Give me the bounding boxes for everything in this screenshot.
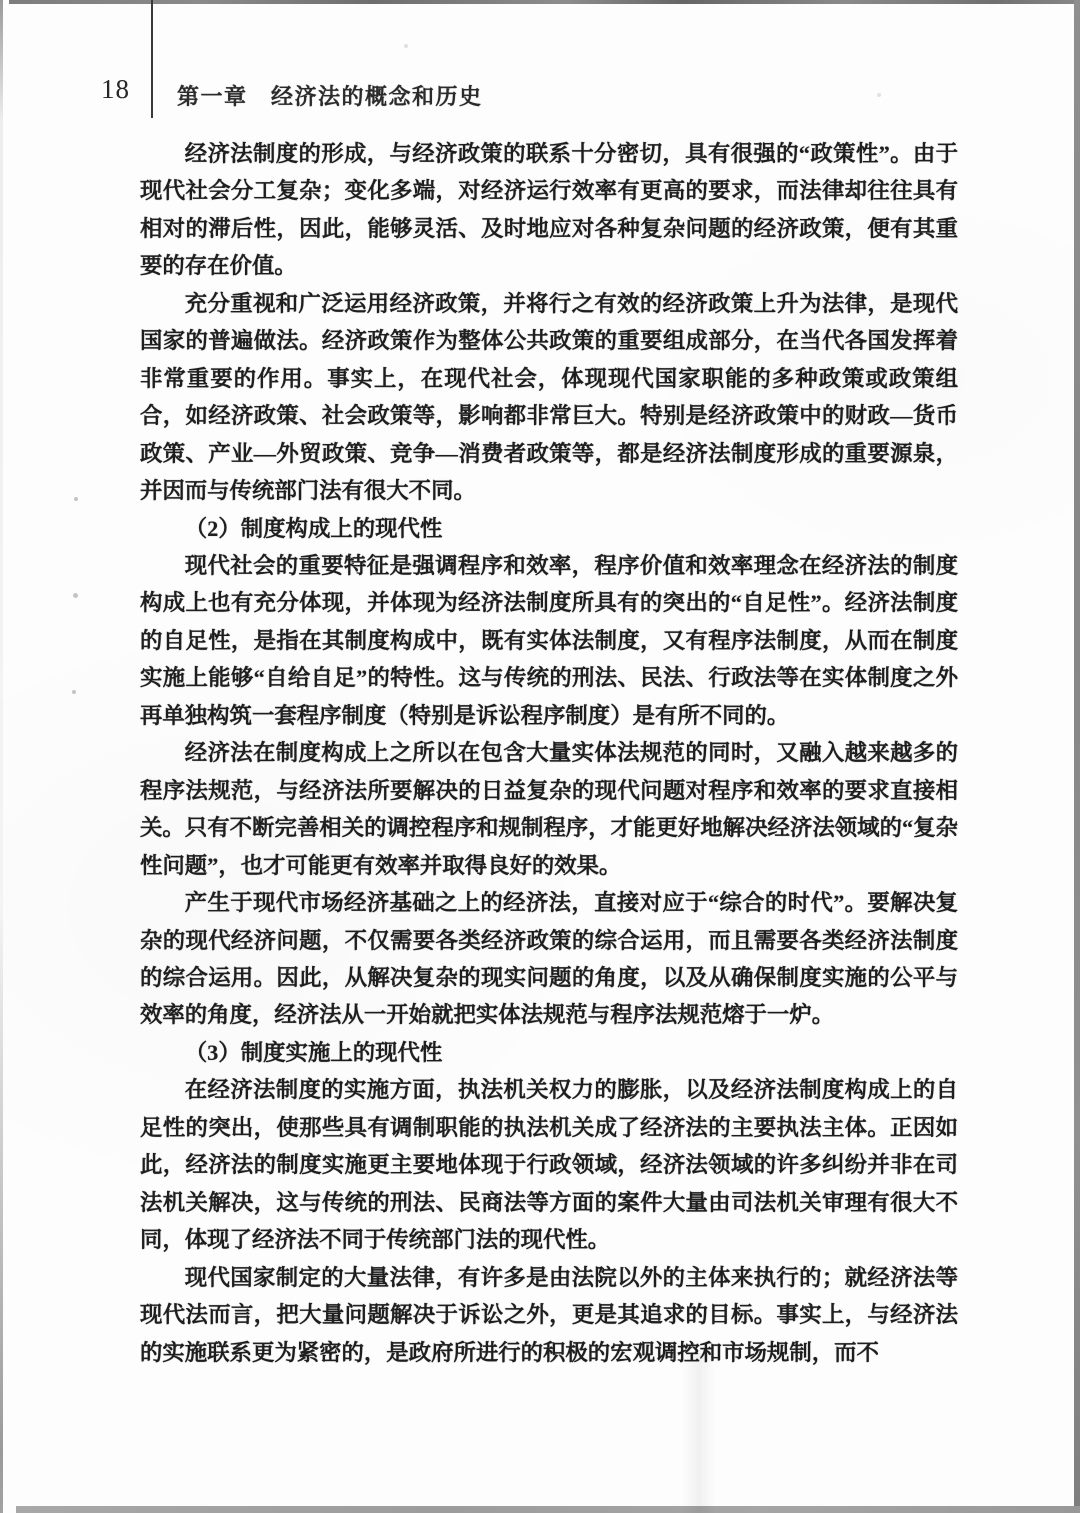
body-paragraph: 经济法在制度构成上之所以在包含大量实体法规范的同时，又融入越来越多的程序法规范，…: [140, 734, 958, 884]
scan-speck: [74, 497, 78, 501]
body-paragraph: 现代国家制定的大量法律，有许多是由法院以外的主体来执行的；就经济法等现代法而言，…: [140, 1259, 958, 1371]
scan-speck: [877, 93, 881, 97]
scan-artifact-top-edge: [9, 0, 1080, 4]
scan-artifact-left-edge: [0, 0, 3, 1513]
scan-artifact-right-edge: [1074, 0, 1080, 1513]
body-paragraph: 在经济法制度的实施方面，执法机关权力的膨胀，以及经济法制度构成上的自足性的突出，…: [140, 1071, 958, 1258]
body-paragraph: 充分重视和广泛运用经济政策，并将行之有效的经济政策上升为法律，是现代国家的普遍做…: [140, 285, 958, 510]
page-number: 18: [101, 74, 130, 105]
body-paragraph: 产生于现代市场经济基础之上的经济法，直接对应于“综合的时代”。要解决复杂的现代经…: [140, 884, 958, 1034]
header-divider-line: [151, 0, 153, 118]
chapter-header: 第一章 经济法的概念和历史: [177, 80, 483, 111]
scan-artifact-bottom-edge: [16, 1506, 1080, 1513]
body-text-block: 经济法制度的形成，与经济政策的联系十分密切，具有很强的“政策性”。由于现代社会分…: [140, 135, 958, 1371]
page-gutter-shadow: [682, 1353, 716, 1513]
body-paragraph: 经济法制度的形成，与经济政策的联系十分密切，具有很强的“政策性”。由于现代社会分…: [140, 135, 958, 285]
scan-speck: [404, 44, 408, 48]
section-heading: （3）制度实施上的现代性: [140, 1034, 958, 1071]
scanned-book-page: 18 第一章 经济法的概念和历史 经济法制度的形成，与经济政策的联系十分密切，具…: [0, 0, 1080, 1513]
scan-speck: [72, 690, 76, 694]
scan-speck: [73, 593, 78, 598]
section-heading: （2）制度构成上的现代性: [140, 510, 958, 547]
body-paragraph: 现代社会的重要特征是强调程序和效率，程序价值和效率理念在经济法的制度构成上也有充…: [140, 547, 958, 734]
